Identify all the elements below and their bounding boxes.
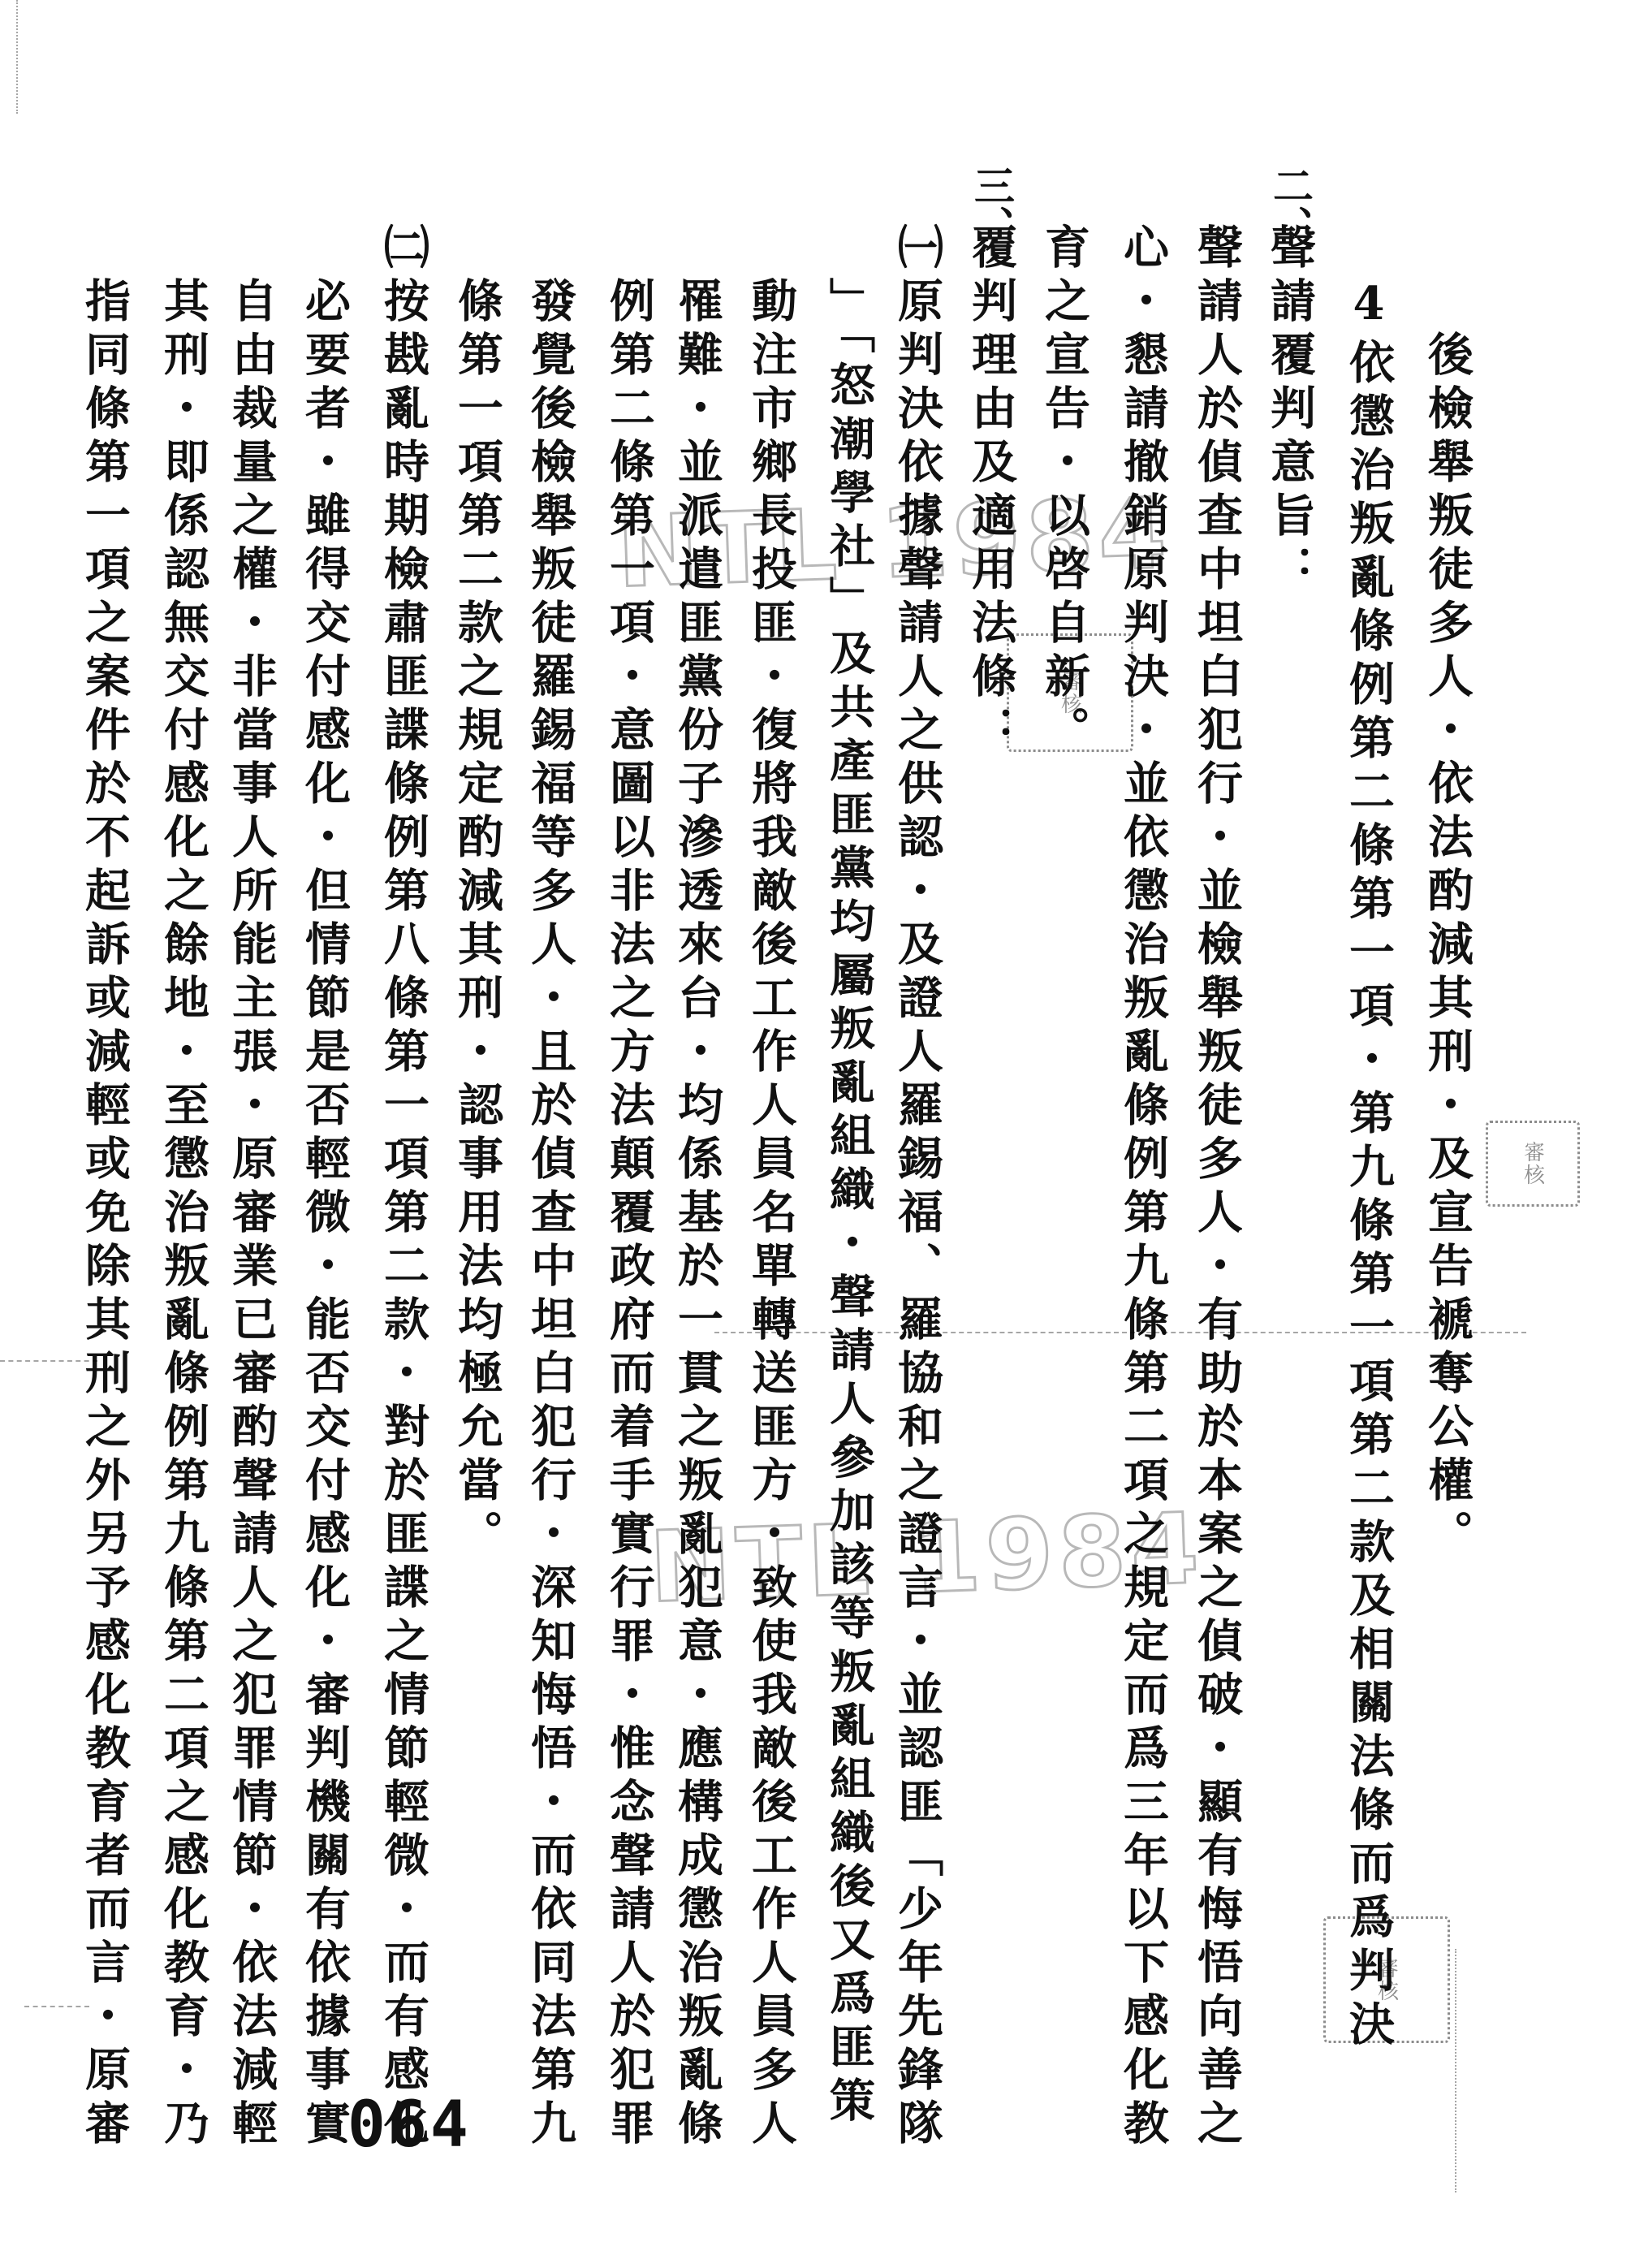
scan-artifact-line	[714, 1332, 1526, 1333]
text-column-11: 罹難・並派遣匪黨份子滲透來台・均係基於一貫之叛亂犯意・應構成懲治叛亂條	[675, 277, 720, 2153]
scan-artifact-line	[16, 0, 18, 114]
section-heading-application: 聲請覆判意旨：	[1267, 223, 1313, 598]
text-column-4: 聲請人於偵查中坦白犯行・並檢舉叛徒多人・有助於本案之偵破・顯有悔悟向善之	[1194, 223, 1240, 2153]
text-column-10: 動注市鄉長投匪・復將我敵後工作人員名單轉送匪方・致使我敵後工作人員多人	[749, 277, 794, 2153]
text-column-1: 後檢舉叛徒多人・依法酌減其刑・及宣告褫奪公權。	[1425, 330, 1470, 1563]
text-column-15: ㈡按戡亂時期檢肅匪諜條例第八條第一項第二款・對於匪諜之情節輕微・而有感化	[381, 223, 426, 2153]
seal-stamp: 審核	[1007, 633, 1133, 752]
text-column-5: 心・懇請撤銷原判決・並依懲治叛亂條例第九條第二項之規定而爲三年以下感化教	[1120, 223, 1166, 2153]
text-column-14: 條第一項第二款之規定酌減其刑・認事用法均極允當。	[455, 277, 500, 1563]
text-column-19: 指同條第一項之案件於不起訴或減輕或免除其刑之外另予感化教育者而言・原審	[82, 277, 127, 2153]
text-column-18: 其刑・即係認無交付感化之餘地・至懲治叛亂條例第九條第二項之感化教育・乃	[161, 277, 206, 2153]
text-column-2: 4依懲治叛亂條例第二條第一項・第九條第一項第二款及相關法條而爲判決	[1346, 277, 1392, 2054]
scan-artifact-line	[0, 1360, 97, 1362]
text-column-12: 例第二條第一項・意圖以非法之方法顛覆政府而着手實行罪・惟念聲請人於犯罪	[606, 277, 652, 2153]
seal-stamp: 審核	[1323, 1916, 1450, 2043]
text-column-8: ㈠原判決依據聲請人之供認・及證人羅錫福、羅協和之證言・並認匪「少年先鋒隊	[895, 223, 940, 2153]
text-column-13: 發覺後檢舉叛徒羅錫福等多人・且於偵查中坦白犯行・深知悔悟・而依同法第九	[528, 277, 573, 2153]
text-column-9: 」「怒潮學社」及共產匪黨均屬叛亂組織・聲請人參加該等叛亂組織後又爲匪策	[826, 277, 872, 2130]
text-column-17: 自由裁量之權・非當事人所能主張・原審業已審酌聲請人之犯罪情節・依法減輕	[229, 277, 274, 2153]
seal-stamp: 審核	[1486, 1121, 1580, 1207]
page-number: 064	[347, 2089, 472, 2162]
scanned-document-page: 二、 三、 後檢舉叛徒多人・依法酌減其刑・及宣告褫奪公權。 4依懲治叛亂條例第二…	[0, 0, 1644, 2268]
scan-artifact-line	[1455, 1949, 1456, 2192]
text-column-16: 必要者・雖得交付感化・但情節是否輕微・能否交付感化・審判機關有依據事實	[302, 277, 347, 2153]
scan-artifact-line	[24, 2006, 89, 2007]
